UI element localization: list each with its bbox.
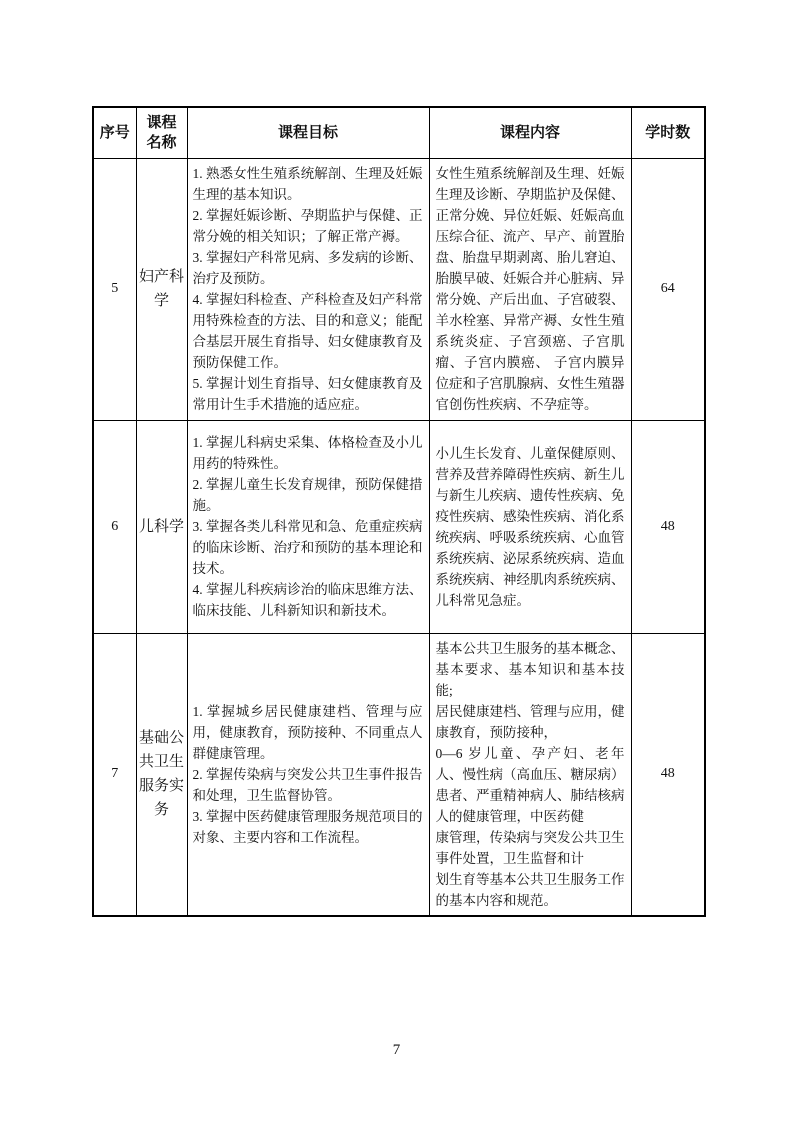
- row-7-index: 7: [93, 633, 136, 916]
- row-5-content: 女性生殖系统解剖及生理、妊娠生理及诊断、孕期监护及保健、正常分娩、异位妊娠、妊娠…: [429, 158, 631, 420]
- row-7-course-name: 基础公共卫生服务实务: [136, 633, 187, 916]
- header-content: 课程内容: [429, 107, 631, 158]
- row-7-objectives: 1. 掌握城乡居民健康建档、管理与应用，健康教育，预防接种、不同重点人群健康管理…: [187, 633, 429, 916]
- course-syllabus-table: 序号 课程 名称 课程目标 课程内容 学时数 5 妇产科学 1. 熟悉女性生殖系…: [92, 106, 706, 917]
- row-5-index: 5: [93, 158, 136, 420]
- row-5-hours: 64: [631, 158, 705, 420]
- row-6-objectives: 1. 掌握儿科病史采集、体格检查及小儿用药的特殊性。 2. 掌握儿童生长发育规律…: [187, 420, 429, 633]
- header-course-name: 课程 名称: [136, 107, 187, 158]
- table-row-course-7: 7 基础公共卫生服务实务 1. 掌握城乡居民健康建档、管理与应用，健康教育，预防…: [93, 633, 705, 916]
- row-7-hours: 48: [631, 633, 705, 916]
- page-number: 7: [0, 1042, 793, 1059]
- table-header-row: 序号 课程 名称 课程目标 课程内容 学时数: [93, 107, 705, 158]
- table-row-course-6: 6 儿科学 1. 掌握儿科病史采集、体格检查及小儿用药的特殊性。 2. 掌握儿童…: [93, 420, 705, 633]
- row-6-course-name: 儿科学: [136, 420, 187, 633]
- header-hours: 学时数: [631, 107, 705, 158]
- table-row-course-5: 5 妇产科学 1. 熟悉女性生殖系统解剖、生理及妊娠生理的基本知识。 2. 掌握…: [93, 158, 705, 420]
- header-objectives: 课程目标: [187, 107, 429, 158]
- row-7-content: 基本公共卫生服务的基本概念、基本要求、基本知识和基本技能; 居民健康建档、管理与…: [429, 633, 631, 916]
- row-6-index: 6: [93, 420, 136, 633]
- header-index: 序号: [93, 107, 136, 158]
- row-6-hours: 48: [631, 420, 705, 633]
- row-5-objectives: 1. 熟悉女性生殖系统解剖、生理及妊娠生理的基本知识。 2. 掌握妊娠诊断、孕期…: [187, 158, 429, 420]
- document-page: 序号 课程 名称 课程目标 课程内容 学时数 5 妇产科学 1. 熟悉女性生殖系…: [0, 0, 793, 1122]
- row-5-course-name: 妇产科学: [136, 158, 187, 420]
- row-6-content: 小儿生长发育、儿童保健原则、营养及营养障碍性疾病、新生儿与新生儿疾病、遗传性疾病…: [429, 420, 631, 633]
